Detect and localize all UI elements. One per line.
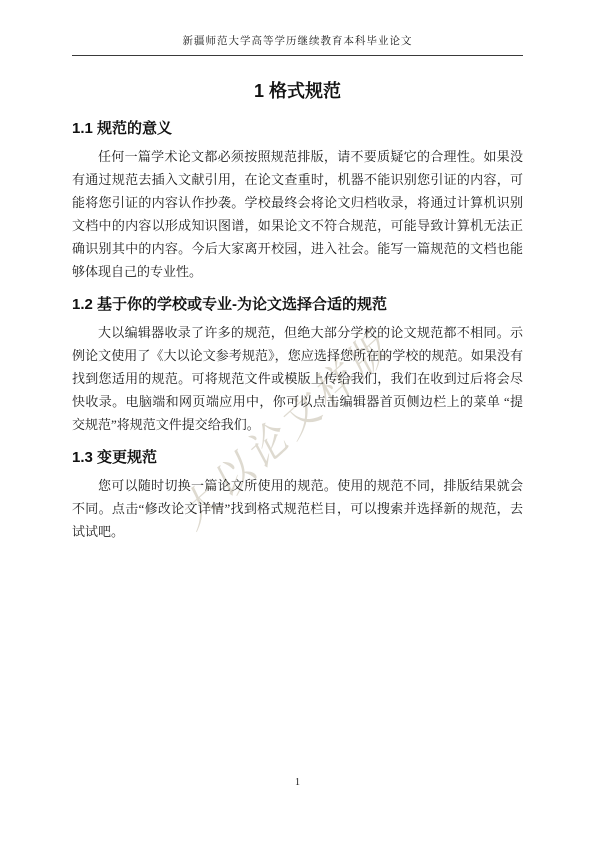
section-1-2: 1.2 基于你的学校或专业-为论文选择合适的规范 大以编辑器收录了许多的规范，但… [72, 295, 523, 436]
section-1-3: 1.3 变更规范 您可以随时切换一篇论文所使用的规范。使用的规范不同，排版结果就… [72, 448, 523, 543]
document-body: 1 格式规范 1.1 规范的意义 任何一篇学术论文都必须按照规范排版，请不要质疑… [72, 74, 523, 543]
page-number: 1 [0, 777, 595, 788]
section-1-1: 1.1 规范的意义 任何一篇学术论文都必须按照规范排版，请不要质疑它的合理性。如… [72, 119, 523, 283]
section-paragraph-1-3: 您可以随时切换一篇论文所使用的规范。使用的规范不同，排版结果就会不同。点击“修改… [72, 474, 523, 543]
section-heading-1-1: 1.1 规范的意义 [72, 119, 523, 139]
section-paragraph-1-2: 大以编辑器收录了许多的规范，但绝大部分学校的论文规范都不相同。示例论文使用了《大… [72, 321, 523, 436]
running-header: 新疆师范大学高等学历继续教育本科毕业论文 [72, 33, 523, 56]
document-page: 新疆师范大学高等学历继续教育本科毕业论文 大以论文样版 1 格式规范 1.1 规… [0, 0, 595, 842]
section-paragraph-1-1: 任何一篇学术论文都必须按照规范排版，请不要质疑它的合理性。如果没有通过规范去插入… [72, 145, 523, 283]
section-heading-1-2: 1.2 基于你的学校或专业-为论文选择合适的规范 [72, 295, 523, 315]
section-heading-1-3: 1.3 变更规范 [72, 448, 523, 468]
chapter-title: 1 格式规范 [72, 78, 523, 104]
